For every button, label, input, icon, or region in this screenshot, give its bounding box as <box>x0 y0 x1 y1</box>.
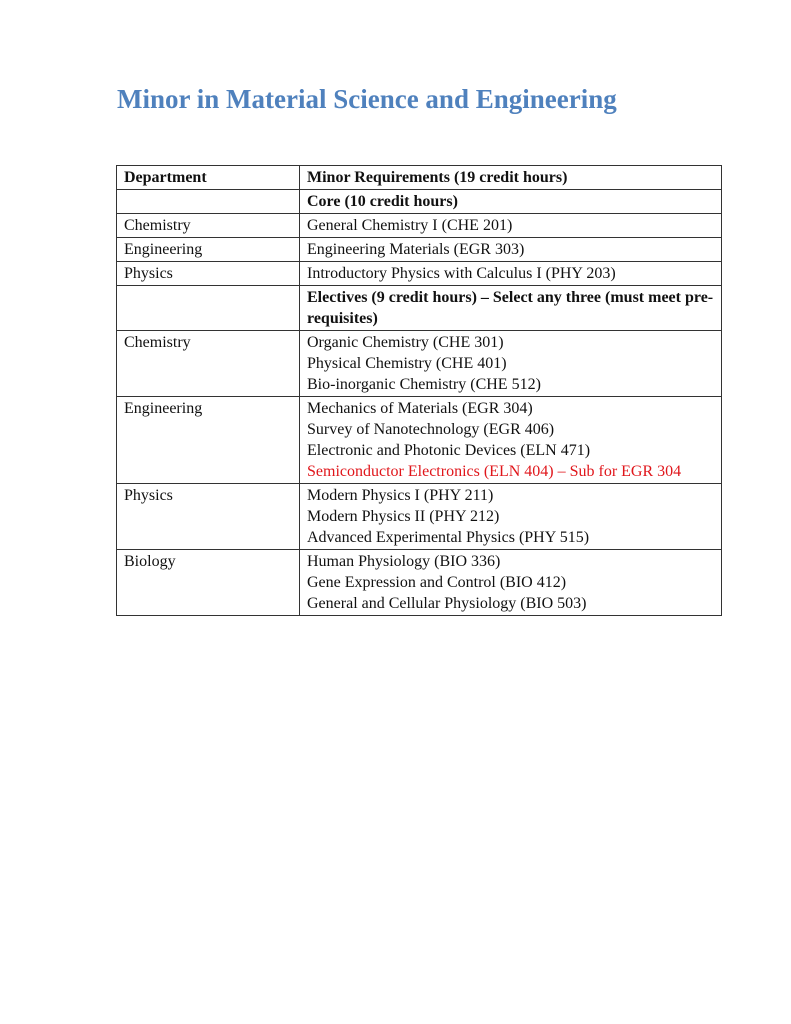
course-item: Bio-inorganic Chemistry (CHE 512) <box>307 374 714 395</box>
core-heading-row: Core (10 credit hours) <box>117 190 722 214</box>
empty-cell <box>117 190 300 214</box>
course-item: Mechanics of Materials (EGR 304) <box>307 398 714 419</box>
course-cell: Introductory Physics with Calculus I (PH… <box>300 262 722 286</box>
table-row: Physics Introductory Physics with Calcul… <box>117 262 722 286</box>
department-cell: Chemistry <box>117 331 300 397</box>
substitution-note: Semiconductor Electronics (ELN 404) – Su… <box>307 461 714 482</box>
electives-heading: Electives (9 credit hours) – Select any … <box>300 286 722 331</box>
course-item: Electronic and Photonic Devices (ELN 471… <box>307 440 714 461</box>
course-item: Modern Physics I (PHY 211) <box>307 485 714 506</box>
page-title: Minor in Material Science and Engineerin… <box>117 84 617 115</box>
empty-cell <box>117 286 300 331</box>
department-cell: Physics <box>117 484 300 550</box>
table-row: Biology Human Physiology (BIO 336) Gene … <box>117 550 722 616</box>
course-item: Modern Physics II (PHY 212) <box>307 506 714 527</box>
minor-requirements-table: Department Minor Requirements (19 credit… <box>116 165 722 616</box>
course-cell: General Chemistry I (CHE 201) <box>300 214 722 238</box>
table-row: Engineering Mechanics of Materials (EGR … <box>117 397 722 484</box>
table-row: Engineering Engineering Materials (EGR 3… <box>117 238 722 262</box>
core-heading: Core (10 credit hours) <box>300 190 722 214</box>
department-cell: Engineering <box>117 238 300 262</box>
department-cell: Chemistry <box>117 214 300 238</box>
course-list-cell: Human Physiology (BIO 336) Gene Expressi… <box>300 550 722 616</box>
course-cell: Engineering Materials (EGR 303) <box>300 238 722 262</box>
electives-heading-row: Electives (9 credit hours) – Select any … <box>117 286 722 331</box>
header-requirements: Minor Requirements (19 credit hours) <box>300 166 722 190</box>
course-item: Human Physiology (BIO 336) <box>307 551 714 572</box>
course-list-cell: Mechanics of Materials (EGR 304) Survey … <box>300 397 722 484</box>
department-cell: Physics <box>117 262 300 286</box>
course-item: Gene Expression and Control (BIO 412) <box>307 572 714 593</box>
course-list-cell: Organic Chemistry (CHE 301) Physical Che… <box>300 331 722 397</box>
department-cell: Biology <box>117 550 300 616</box>
table-row: Chemistry General Chemistry I (CHE 201) <box>117 214 722 238</box>
course-item: Survey of Nanotechnology (EGR 406) <box>307 419 714 440</box>
table-row: Physics Modern Physics I (PHY 211) Moder… <box>117 484 722 550</box>
table-header-row: Department Minor Requirements (19 credit… <box>117 166 722 190</box>
course-item: Physical Chemistry (CHE 401) <box>307 353 714 374</box>
course-item: General and Cellular Physiology (BIO 503… <box>307 593 714 614</box>
header-department: Department <box>117 166 300 190</box>
course-item: Organic Chemistry (CHE 301) <box>307 332 714 353</box>
department-cell: Engineering <box>117 397 300 484</box>
table-row: Chemistry Organic Chemistry (CHE 301) Ph… <box>117 331 722 397</box>
course-list-cell: Modern Physics I (PHY 211) Modern Physic… <box>300 484 722 550</box>
course-item: Advanced Experimental Physics (PHY 515) <box>307 527 714 548</box>
